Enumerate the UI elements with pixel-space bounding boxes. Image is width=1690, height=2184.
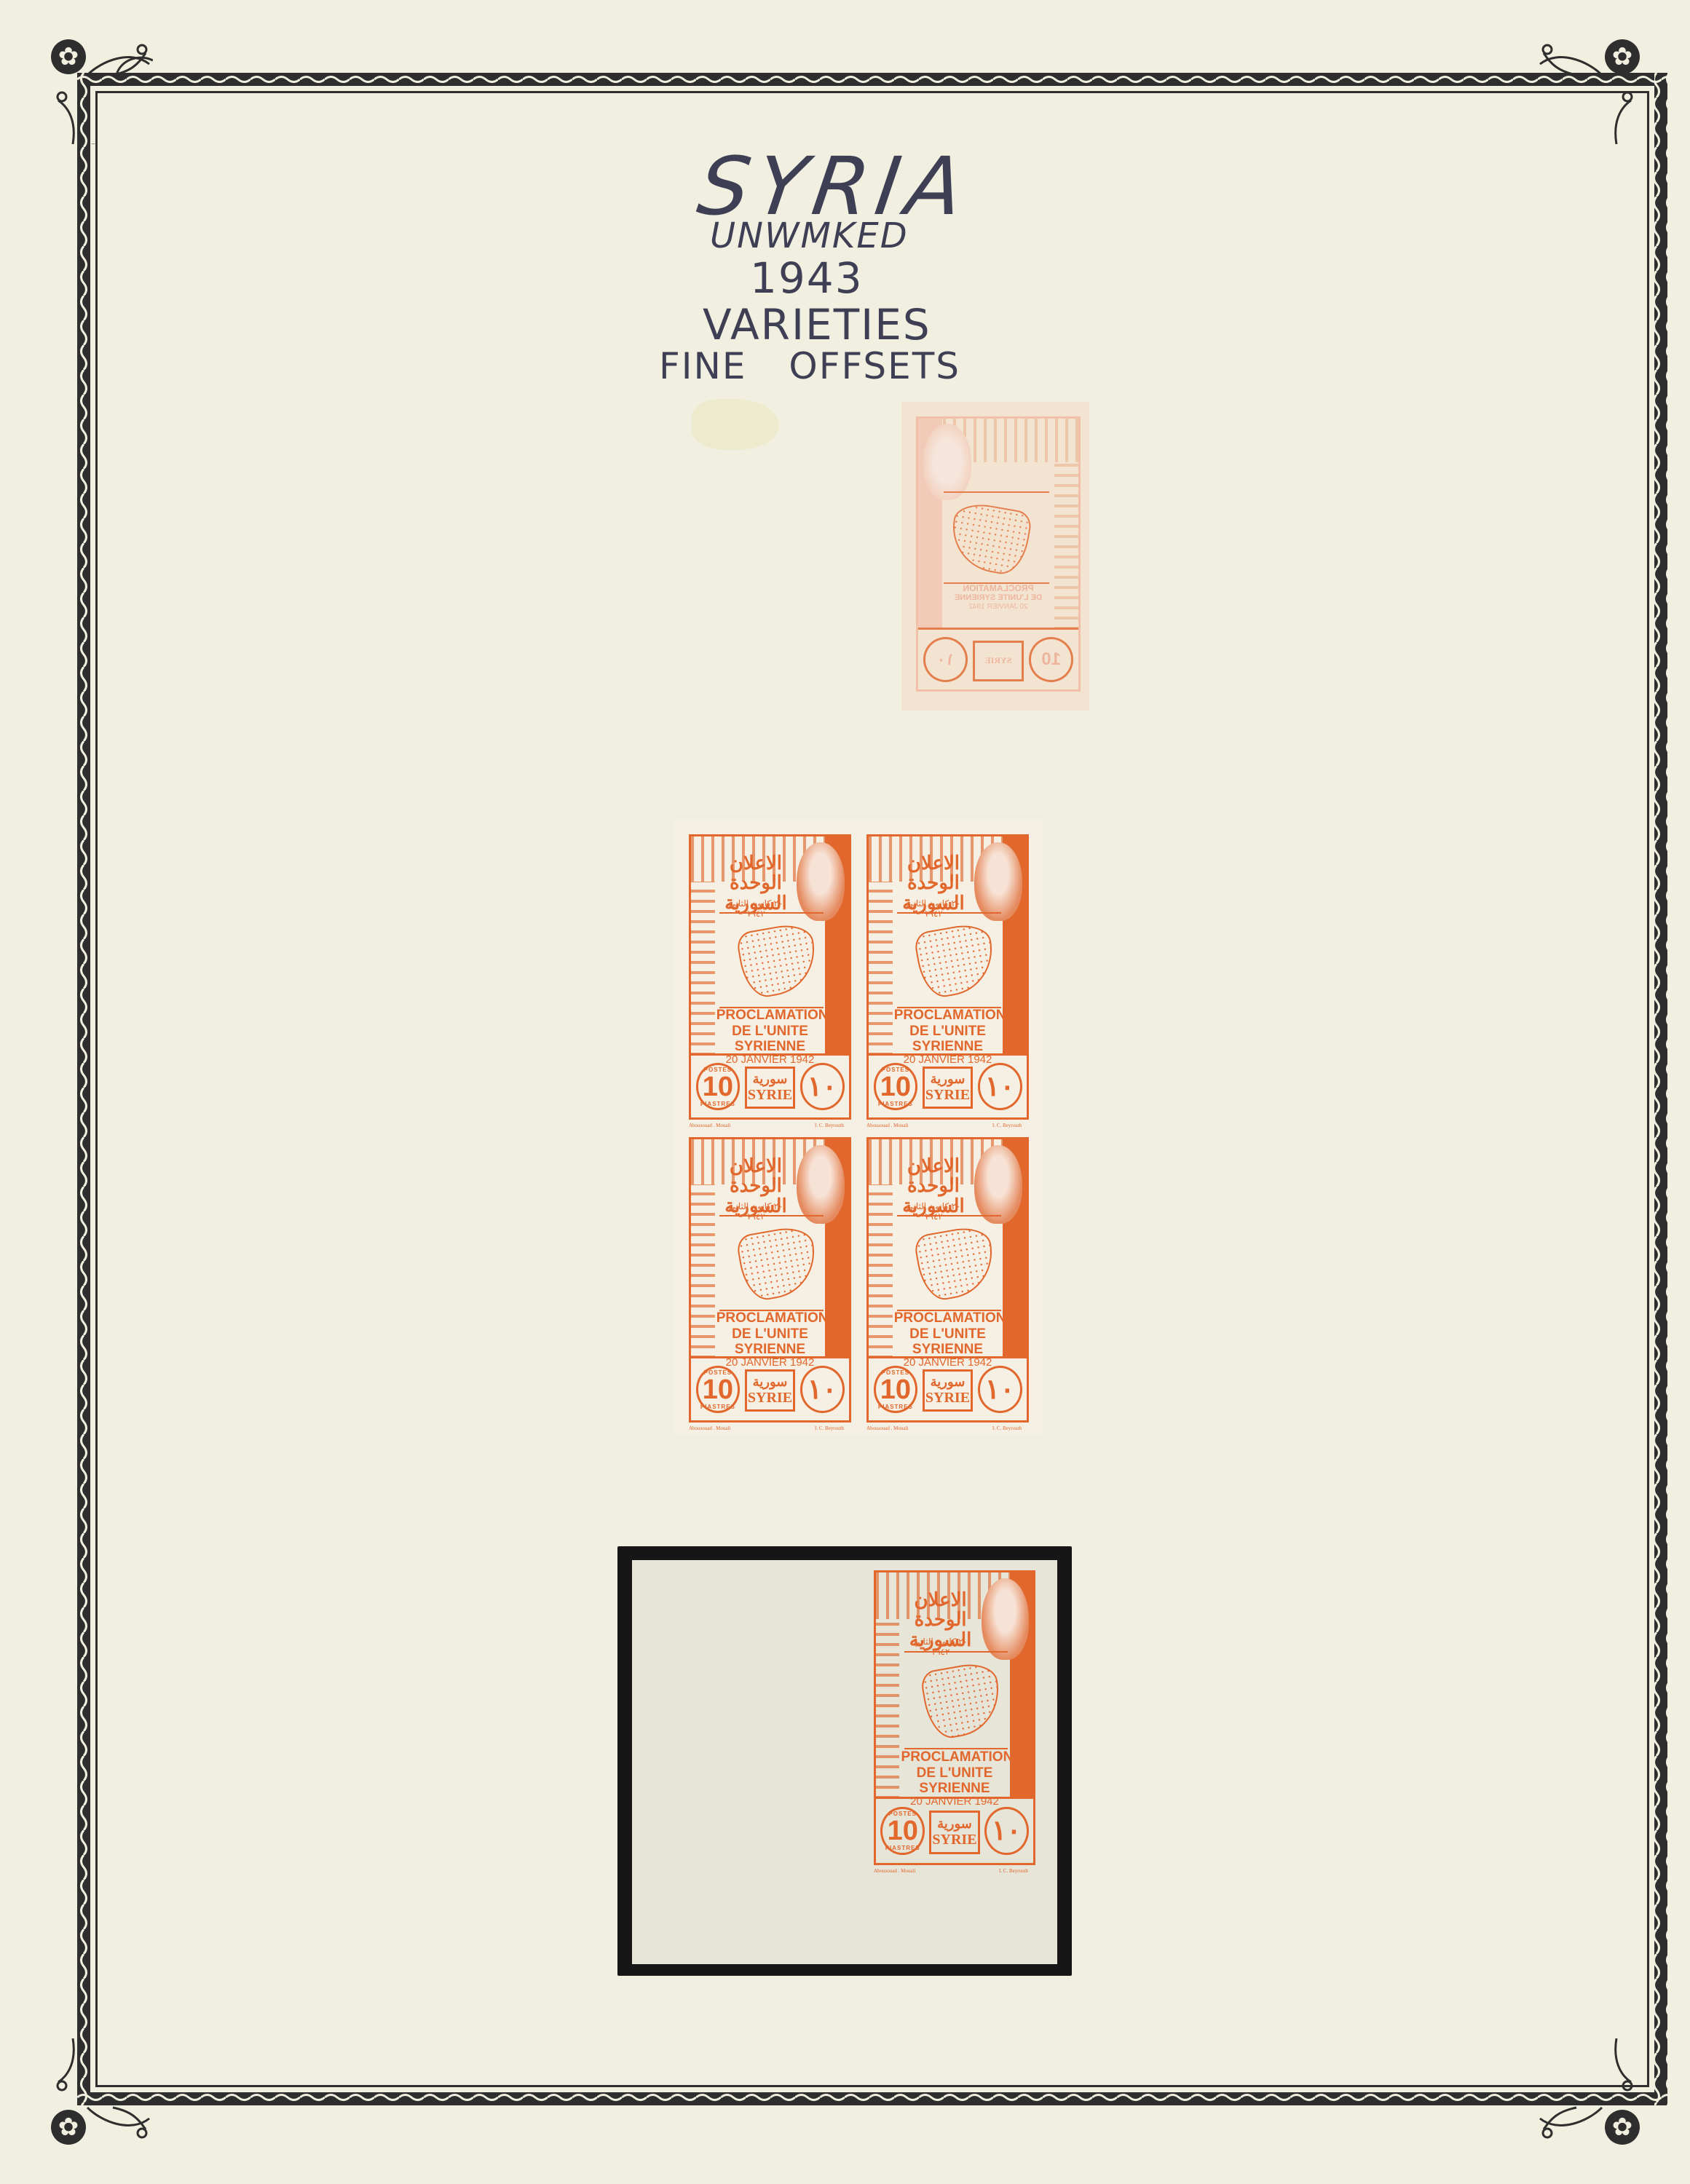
scroll-ornament-icon [1536,2038,1660,2162]
portrait-image [974,1145,1022,1224]
ornament-band [876,1619,899,1799]
imprint-left: Abousouad . Mouali [866,1123,908,1128]
scroll-ornament-icon [29,20,153,144]
denomination: 10 [888,1817,918,1845]
ornament-band [869,1184,893,1358]
stamp-value-panel: POSTES 10 PIASTRES سورية SYRIE ١٠ [691,1356,849,1420]
map-of-syria [719,1215,824,1310]
denomination: 10 [880,1073,911,1101]
denomination: 10 [703,1073,733,1101]
ornament-band [869,882,893,1056]
map-of-syria [904,1651,1008,1750]
stamp-value-panel: POSTES 10 PIASTRES سورية SYRIE ١٠ [869,1053,1027,1117]
portrait-image [797,1145,844,1224]
map-of-syria [897,912,1001,1008]
ornament-band [691,1184,715,1358]
map-of-syria [719,912,824,1008]
stamp-block-of-four[interactable]: الاعلان الوحدة السورية ٢٠ كانون الثاني ١… [668,814,1049,1440]
handwritten-line-varieties: VARIETIES [703,300,931,349]
handwritten-line-year: 1943 [750,253,864,303]
imprint-right: I. C. Beyrouth [815,1425,844,1431]
denomination: 10 [703,1376,733,1404]
ornament-band [691,882,715,1056]
country-name: SYRIE [748,1390,792,1406]
scroll-ornament-icon [1536,20,1660,144]
country-name: SYRIE [932,1832,976,1848]
imprint-left: Abousouad . Mouali [689,1123,730,1128]
imprint-left: Abousouad . Mouali [866,1425,908,1431]
country-name: SYRIE [925,1390,970,1406]
country-name: SYRIE [925,1087,970,1104]
imprint-right: I. C. Beyrouth [992,1425,1022,1431]
stamp-value-panel: POSTES 10 PIASTRES سورية SYRIE ١٠ [691,1053,849,1117]
stamp-value-panel: POSTES 10 PIASTRES سورية SYRIE ١٠ [876,1797,1033,1863]
map-of-syria [897,1215,1001,1310]
imprint-left: Abousouad . Mouali [874,1868,915,1874]
portrait-image [982,1578,1029,1660]
portrait-image [797,842,844,921]
scroll-ornament-icon [29,2038,153,2162]
imprint-right: I. C. Beyrouth [999,1868,1028,1874]
album-page: ✿ ✿ ✿ ✿ SYRIA UNWMKED 1943 [0,0,1690,2184]
stamp-value-panel: POSTES 10 PIASTRES سورية SYRIE ١٠ [869,1356,1027,1420]
country-name: SYRIE [748,1087,792,1104]
portrait-image [974,842,1022,921]
imprint-right: I. C. Beyrouth [992,1123,1022,1128]
denomination: 10 [880,1376,911,1404]
imprint-right: I. C. Beyrouth [815,1123,844,1128]
imprint-left: Abousouad . Mouali [689,1425,730,1431]
hinge-remnant [692,399,779,450]
handwritten-line-watermark: UNWMKED [710,215,909,256]
stamp-offset-reverse[interactable]: PROCLAMATION DE L'UNITE SYRIENNE 20 JANV… [894,395,1097,718]
handwritten-line-offsets: FINE OFFSETS [659,345,960,387]
